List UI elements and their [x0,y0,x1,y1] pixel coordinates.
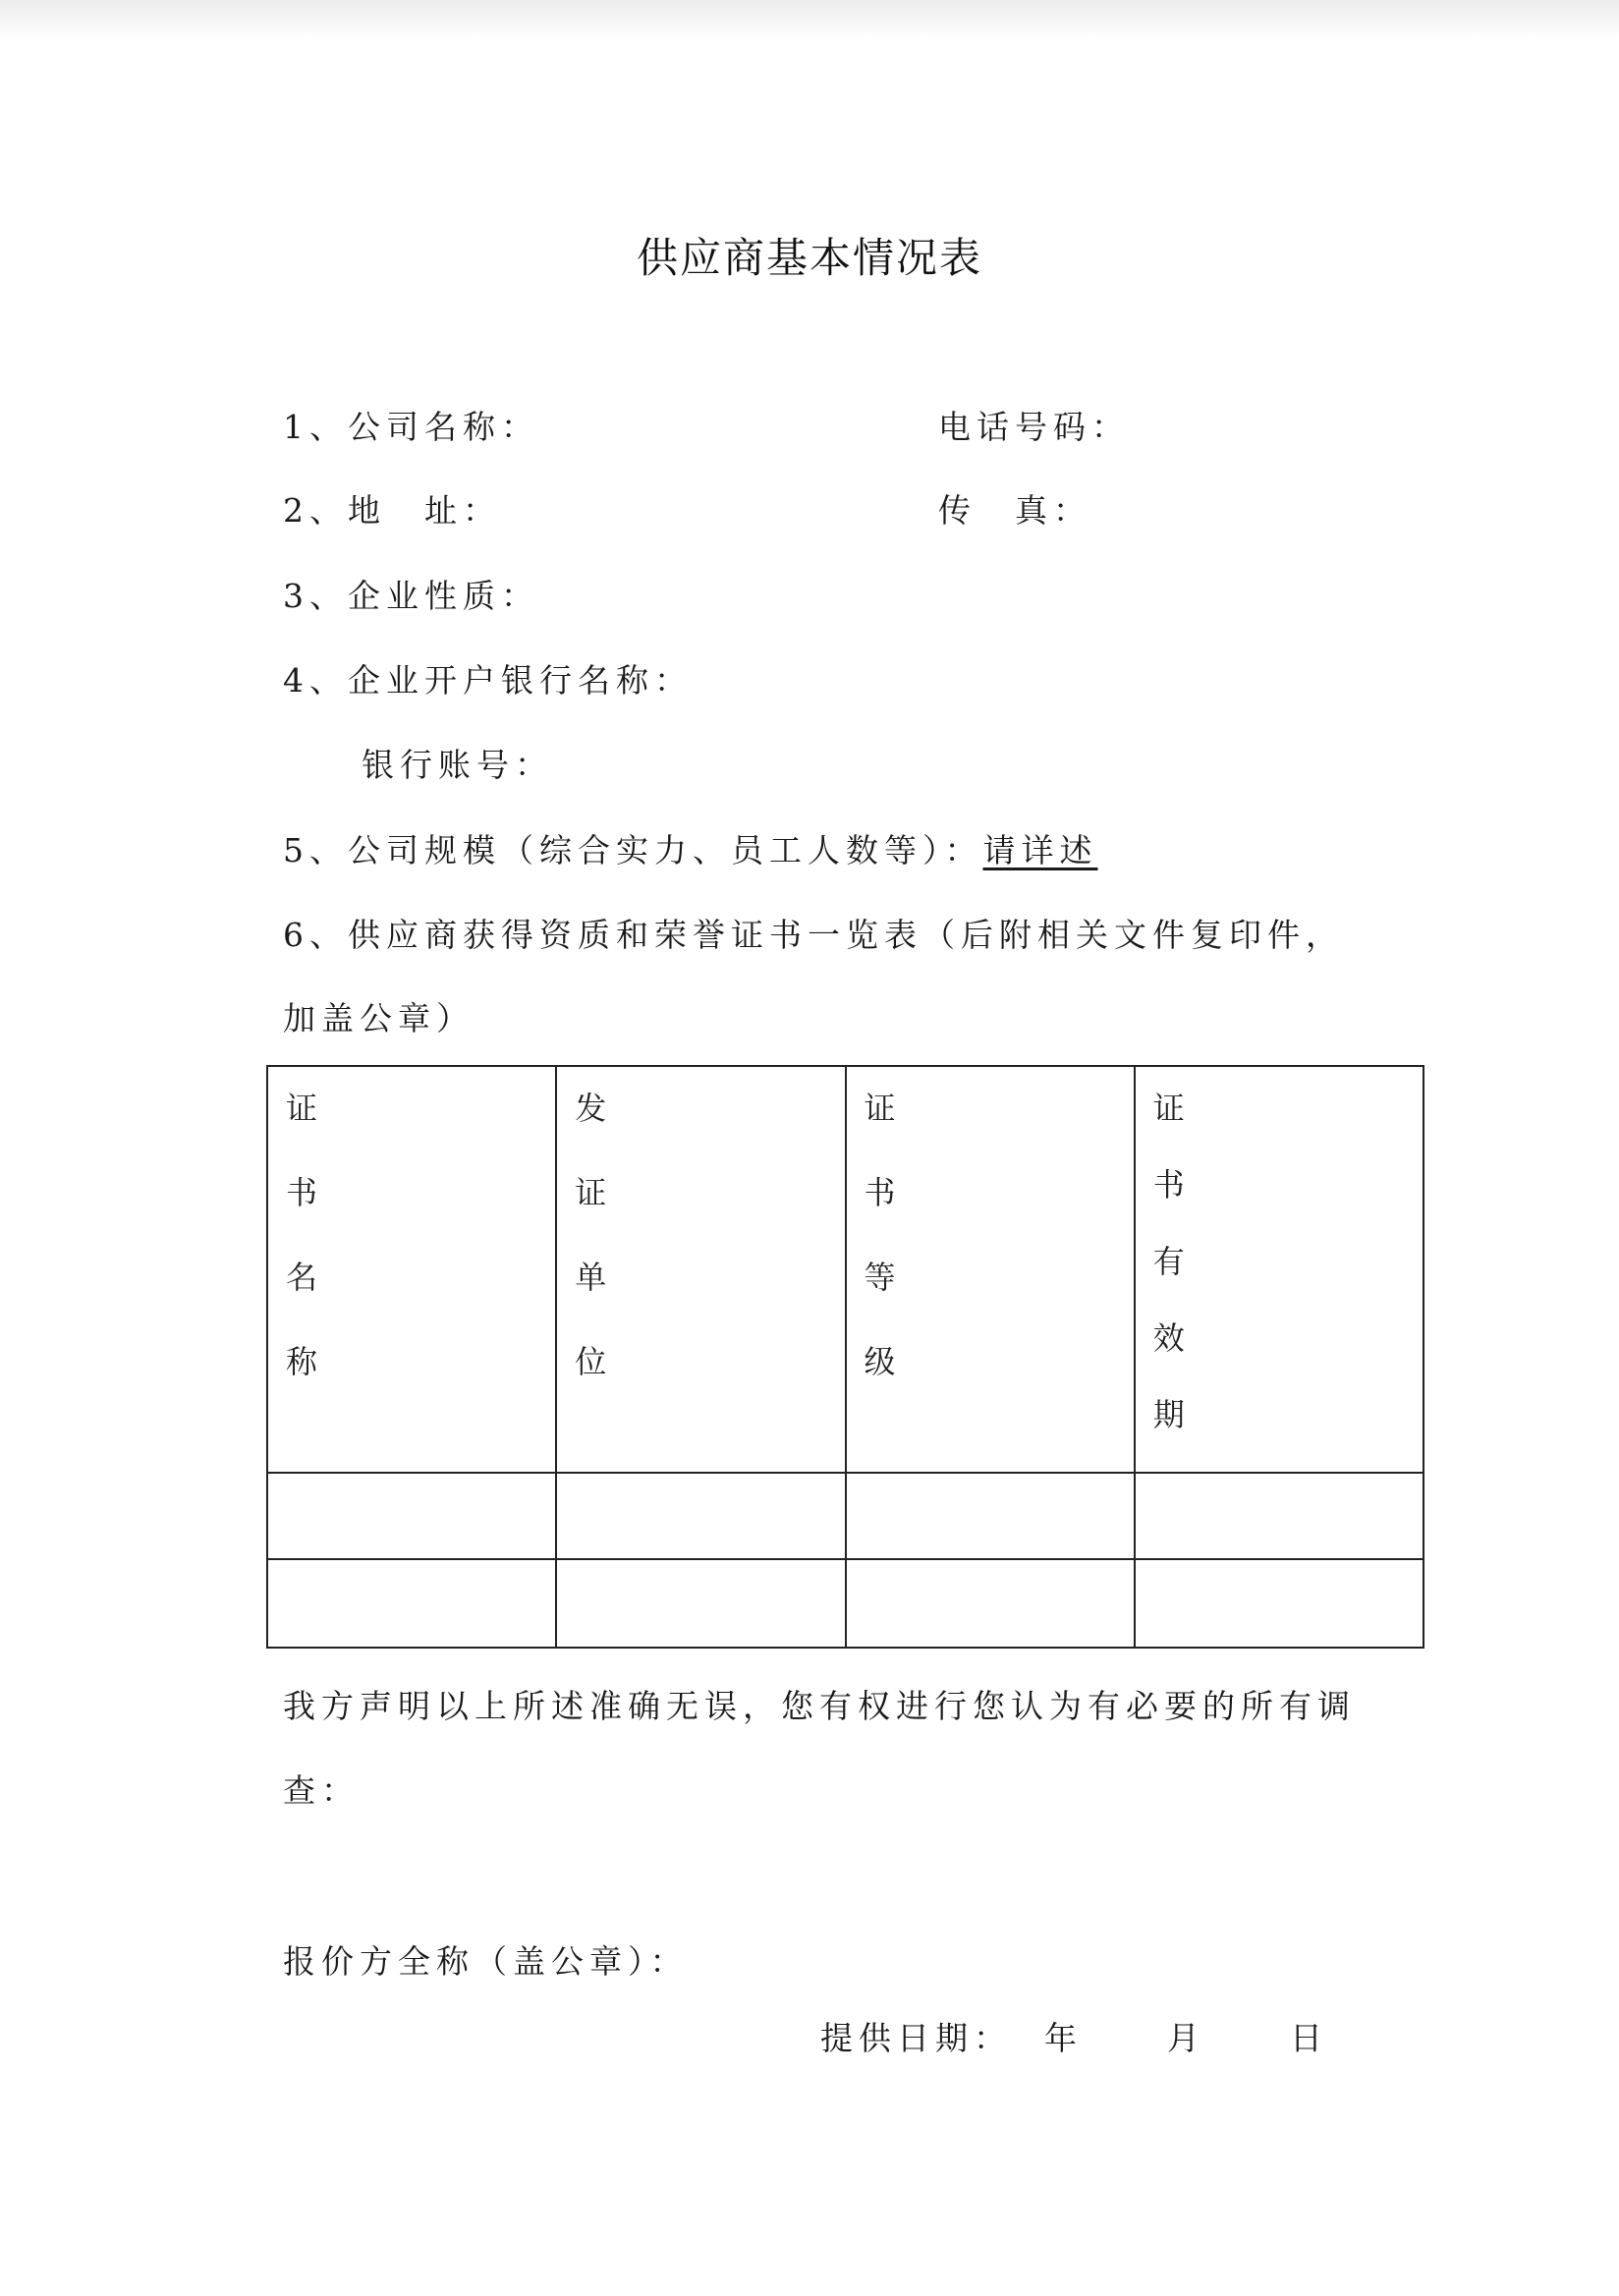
declaration-line1: 我方声明以上所述准确无误，您有权进行您认为有必要的所有调 [283,1687,1356,1726]
certs-intro-line1: 6、供应商获得资质和荣誉证书一览表（后附相关文件复印件， [283,916,1344,955]
table-cell[interactable] [267,1473,556,1559]
document-title: 供应商基本情况表 [0,226,1619,285]
scan-edge-shadow [0,0,1619,39]
field-phone: 电话号码： [938,408,1130,447]
field-address: 2、地 址： [283,491,501,531]
date-year: 年 [1044,2019,1083,2058]
header-cert-validity: 证 书 有 效 期 [1135,1066,1424,1473]
table-cell[interactable] [1135,1559,1424,1648]
field-company-scale: 5、公司规模（综合实力、员工人数等）：请详述 [283,831,1098,870]
certificates-table: 证 书 名 称 发 证 单 位 证 书 等 级 证 [266,1065,1424,1649]
header-issuing-authority: 发 证 单 位 [556,1066,845,1473]
date-label: 提供日期： [820,2019,1012,2058]
header-cert-name: 证 书 名 称 [267,1066,556,1473]
table-cell[interactable] [846,1559,1135,1648]
table-cell[interactable] [556,1473,845,1559]
table-cell[interactable] [267,1559,556,1648]
certs-intro-line2: 加盖公章） [283,999,475,1038]
table-cell[interactable] [846,1473,1135,1559]
company-scale-hint: 请详述 [983,831,1098,869]
table-cell[interactable] [1135,1473,1424,1559]
date-month: 月 [1167,2019,1205,2058]
table-header-row: 证 书 名 称 发 证 单 位 证 书 等 级 证 [267,1066,1424,1473]
date-day: 日 [1290,2019,1328,2058]
field-bank-name: 4、企业开户银行名称： [283,661,693,700]
table-cell[interactable] [556,1559,845,1648]
field-enterprise-nature: 3、企业性质： [283,577,539,616]
company-scale-label: 5、公司规模（综合实力、员工人数等）： [283,831,983,869]
declaration-line2: 查： [283,1771,360,1811]
header-cert-grade: 证 书 等 级 [846,1066,1135,1473]
table-row [267,1473,1424,1559]
field-company-name: 1、公司名称： [283,408,539,447]
table-row [267,1559,1424,1648]
bidder-full-name: 报价方全称（盖公章）： [283,1942,689,1982]
field-bank-account: 银行账号： [362,746,553,785]
field-fax: 传 真： [938,491,1091,531]
